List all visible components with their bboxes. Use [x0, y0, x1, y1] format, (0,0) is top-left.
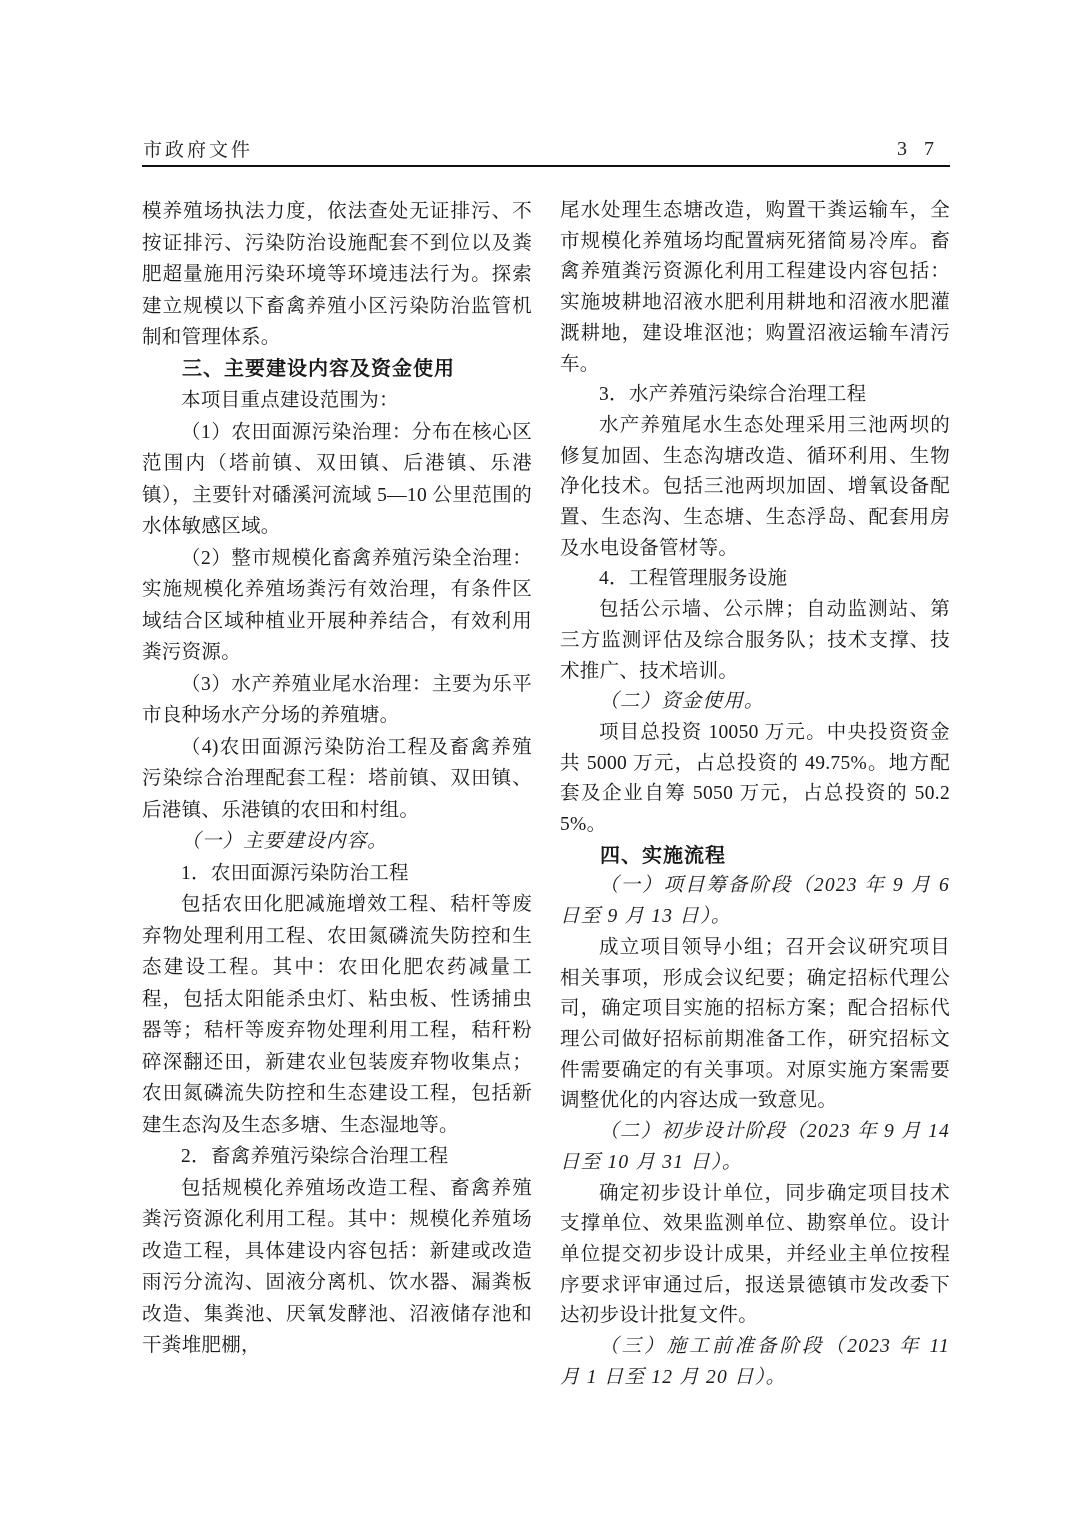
document-page: 市政府文件 3 7 模养殖场执法力度，依法查处无证排污、不按证排污、污染防治设施…	[0, 0, 1074, 1520]
right-column: 尾水处理生态塘改造，购置干粪运输车，全市规模化养殖场均配置病死猪简易冷库。畜禽养…	[560, 196, 950, 1393]
numbered-heading: 3．水产养殖污染综合治理工程	[560, 380, 950, 411]
body-paragraph: 模养殖场执法力度，依法查处无证排污、不按证排污、污染防治设施配套不到位以及粪肥超…	[142, 196, 532, 354]
header-page-number: 3 7	[897, 138, 940, 161]
subsection-heading: （二）初步设计阶段（2023 年 9 月 14 日至 10 月 31 日）。	[560, 1117, 950, 1178]
numbered-heading: 4．工程管理服务设施	[560, 564, 950, 595]
body-paragraph: 项目总投资 10050 万元。中央投资资金共 5000 万元，占总投资的 49.…	[560, 718, 950, 841]
body-paragraph: 成立项目领导小组；召开会议研究项目相关事项，形成会议纪要；确定招标代理公司，确定…	[560, 933, 950, 1117]
body-paragraph: （2）整市规模化畜禽养殖污染全治理：实施规模化养殖场粪污有效治理，有条件区域结合…	[142, 543, 532, 669]
subsection-heading: （三）施工前准备阶段（2023 年 11 月 1 日至 12 月 20 日）。	[560, 1332, 950, 1393]
numbered-heading: 1．农田面源污染防治工程	[142, 858, 532, 890]
body-paragraph: （4)农田面源污染防治工程及畜禽养殖污染综合治理配套工程：塔前镇、双田镇、后港镇…	[142, 732, 532, 827]
document-body: 模养殖场执法力度，依法查处无证排污、不按证排污、污染防治设施配套不到位以及粪肥超…	[142, 196, 950, 1393]
header-rule	[142, 165, 950, 167]
header-doc-type: 市政府文件	[143, 135, 253, 162]
body-paragraph: 包括农田化肥减施增效工程、秸杆等废弃物处理利用工程、农田氮磷流失防控和生态建设工…	[142, 889, 532, 1141]
section-heading: 三、主要建设内容及资金使用	[142, 354, 532, 386]
subsection-heading: （一）项目筹备阶段（2023 年 9 月 6 日至 9 月 13 日）。	[560, 871, 950, 932]
body-paragraph: 包括公示墙、公示牌；自动监测站、第三方监测评估及综合服务队；技术支撑、技术推广、…	[560, 595, 950, 687]
body-paragraph: 本项目重点建设范围为：	[142, 385, 532, 417]
body-paragraph: 包括规模化养殖场改造工程、畜禽养殖粪污资源化利用工程。其中：规模化养殖场改造工程…	[142, 1173, 532, 1362]
numbered-heading: 2．畜禽养殖污染综合治理工程	[142, 1141, 532, 1173]
body-paragraph: 确定初步设计单位，同步确定项目技术支撑单位、效果监测单位、勘察单位。设计单位提交…	[560, 1179, 950, 1333]
left-column: 模养殖场执法力度，依法查处无证排污、不按证排污、污染防治设施配套不到位以及粪肥超…	[142, 196, 532, 1393]
subsection-heading: （二）资金使用。	[560, 687, 950, 718]
subsection-heading: （一）主要建设内容。	[142, 826, 532, 858]
body-paragraph: 水产养殖尾水生态处理采用三池两坝的修复加固、生态沟塘改造、循环利用、生物净化技术…	[560, 411, 950, 565]
section-heading: 四、实施流程	[560, 841, 950, 872]
body-paragraph: 尾水处理生态塘改造，购置干粪运输车，全市规模化养殖场均配置病死猪简易冷库。畜禽养…	[560, 196, 950, 380]
body-paragraph: （1）农田面源污染治理：分布在核心区范围内（塔前镇、双田镇、后港镇、乐港镇），主…	[142, 417, 532, 543]
body-paragraph: （3）水产养殖业尾水治理：主要为乐平市良种场水产分场的养殖塘。	[142, 669, 532, 732]
